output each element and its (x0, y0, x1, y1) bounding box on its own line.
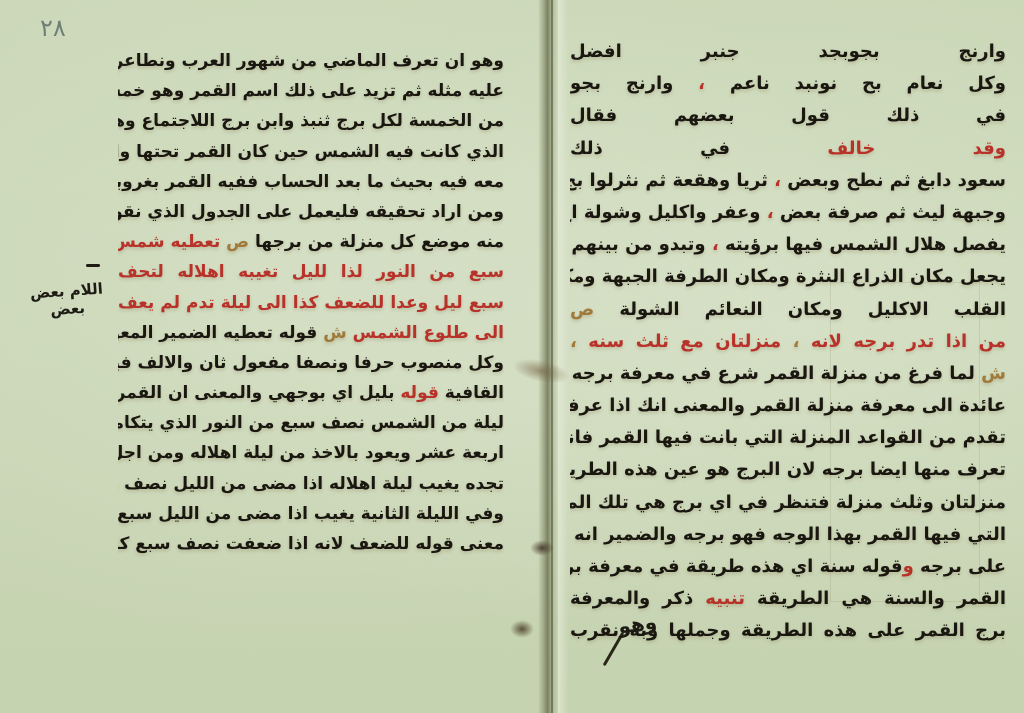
text-line: وفي الليلة الثانية يغيب اذا مضى من الليل… (118, 499, 504, 529)
body-text: تقدم من القواعد المنزلة التي بانت فيها ا… (570, 427, 1006, 448)
gold-mark: ص (570, 299, 619, 320)
body-text: وكل منصوب حرفا ونصفا مفعول ثان والالف في… (118, 353, 504, 373)
body-text: وفي الليلة الثانية يغيب اذا مضى من الليل… (118, 504, 504, 524)
body-text: وتبدو من بينهم والامر واضح (570, 234, 706, 255)
text-line: ومن اراد تحقيقه فليعمل على الجدول الذي ن… (118, 197, 504, 227)
body-text: معه فيه بحيث ما بعد الحساب ففيه القمر بغ… (118, 172, 504, 192)
body-text: قوله تعطيه الضمير المعود للقمر (118, 323, 317, 343)
margin-mark (86, 264, 100, 267)
text-line: عائدة الى معرفة منزلة القمر والمعنى انك … (570, 390, 1006, 422)
gold-mark: ، (570, 331, 588, 352)
rubric-text: و (903, 556, 914, 577)
body-text: يفصل هلال الشمس فيها برؤيته (725, 234, 1006, 255)
text-line: الى طلوع الشمس ش قوله تعطيه الضمير المعو… (118, 318, 504, 348)
text-line: تجده يغيب ليلة اهلاله اذا مضى من الليل ن… (118, 469, 504, 499)
gutter-shadow (538, 0, 558, 713)
text-line: وكل نعام بح نونبد ناعم ، وارنج بجو (570, 68, 1006, 100)
body-text: الذي كانت فيه الشمس حين كان القمر تحتها … (118, 142, 504, 162)
text-line: وهو ان تعرف الماضي من شهور العرب ونطاعره… (118, 46, 504, 76)
body-text: على برجه (914, 556, 1006, 577)
body-text: القمر والسنة هي الطريقة (745, 588, 1006, 609)
text-line: ش لما فرغ من منزلة القمر شرع في معرفة بر… (570, 358, 1006, 390)
text-line: يجعل مكان الذراع النثرة ومكان الطرفة الج… (570, 261, 1006, 293)
text-line: وارنج بجوبجد جنبر افضل (570, 36, 1006, 68)
manuscript-spread: ٢٨ اللام بعض بعض وهو ان تعرف الماضي من ش… (0, 0, 1024, 713)
text-line: التي فيها القمر بهذا الوجه فهو برجه والض… (570, 519, 1006, 551)
margin-note: اللام بعض بعض (11, 278, 123, 322)
text-line: القمر والسنة هي الطريقة تنبيه ذكر والمعر… (570, 583, 1006, 615)
body-text: عليه مثله ثم تزيد على ذلك اسم القمر وهو … (118, 81, 504, 101)
left-page: ٢٨ اللام بعض بعض وهو ان تعرف الماضي من ش… (0, 0, 540, 713)
spine-fold (551, 0, 553, 713)
rubric-text: وقد خالف (827, 138, 1006, 159)
body-text: تجده يغيب ليلة اهلاله اذا مضى من الليل ن… (118, 474, 504, 494)
text-line: وجبهة ليث ثم صرفة بعض ، وعفر واكليل وشول… (570, 197, 1006, 229)
rubric-text: سبع ليل وعدا للضعف كذا الى ليلة تدم لم ي… (118, 293, 504, 313)
body-text: ومن اراد تحقيقه فليعمل على الجدول الذي ن… (118, 202, 504, 222)
rubric-text: قوله (400, 383, 438, 403)
text-line: معنى قوله للضعف لانه اذا ضعفت نصف سبع كا… (118, 529, 504, 559)
text-line: سبع من النور لذا لليل تغيبه اهلاله لتحف (118, 257, 504, 287)
body-text: عائدة الى معرفة منزلة القمر والمعنى انك … (570, 395, 1006, 416)
body-text: ذكر والمعرفة (570, 588, 705, 609)
body-text: في ذلك (570, 138, 827, 159)
body-text: قوله سنة اي هذه طريقة في معرفة برج (570, 556, 903, 577)
body-text: وجبهة ليث ثم صرفة بعض (780, 202, 1006, 223)
text-line: على برجه وقوله سنة اي هذه طريقة في معرفة… (570, 551, 1006, 583)
text-line: عليه مثله ثم تزيد على ذلك اسم القمر وهو … (118, 76, 504, 106)
gold-mark: ش (981, 363, 1006, 384)
left-text-block: وهو ان تعرف الماضي من شهور العرب ونطاعره… (118, 46, 504, 559)
text-line: معه فيه بحيث ما بعد الحساب ففيه القمر بغ… (118, 167, 504, 197)
text-line: القافية قوله بليل اي بوجهي والمعنى ان ال… (118, 378, 504, 408)
body-text: ليلة من الشمس نصف سبع من النور الذي يتكا… (118, 413, 504, 433)
body-text: التي فيها القمر بهذا الوجه فهو برجه والض… (570, 524, 1006, 545)
body-text: وارنج بجوبجد جنبر افضل (570, 41, 1006, 62)
body-text: ثريا وهقعة ثم نثرلوا بج (570, 170, 768, 191)
rubric-text: من اذا تدر برجه لانه (811, 331, 1006, 352)
text-line: ليلة من الشمس نصف سبع من النور الذي يتكا… (118, 408, 504, 438)
ink-stain (530, 540, 554, 556)
body-text: القافية (439, 383, 504, 403)
ink-stain (510, 620, 534, 638)
text-line: الذي كانت فيه الشمس حين كان القمر تحتها … (118, 137, 504, 167)
body-text: وعفر واكليل وشولة اح (570, 202, 760, 223)
right-text-block: وارنج بجوبجد جنبر افضلوكل نعام بح نونبد … (570, 36, 1006, 648)
text-line: وقد خالف في ذلك (570, 133, 1006, 165)
text-line: من اذا تدر برجه لانه ، منزلتان مع ثلث سن… (570, 326, 1006, 358)
text-line: تقدم من القواعد المنزلة التي بانت فيها ا… (570, 422, 1006, 454)
body-text: من الخمسة لكل برج ثنبذ وابن برج اللاجتما… (118, 111, 504, 131)
gold-mark: ، (781, 331, 811, 352)
rubric-text: تنبيه (705, 588, 745, 609)
body-text: منه موضع كل منزلة من برجها (255, 232, 504, 252)
body-text: وكل نعام بح نونبد ناعم (730, 73, 1006, 94)
text-line: منه موضع كل منزلة من برجها ص تعطيه شمس ك… (118, 227, 504, 257)
text-line: سبع ليل وعدا للضعف كذا الى ليلة تدم لم ي… (118, 288, 504, 318)
text-line: القلب الاكليل ومكان النعائم الشولة ص (570, 294, 1006, 326)
body-text: وارنج بجو (570, 73, 673, 94)
rubric-text: منزلتان مع ثلث سنه (588, 331, 781, 352)
rubric-text: ، (706, 234, 725, 255)
text-line: وكل منصوب حرفا ونصفا مفعول ثان والالف في… (118, 348, 504, 378)
folio-number: ٢٨ (40, 14, 66, 42)
gold-mark: ص (220, 232, 255, 252)
text-line: تعرف منها ايضا برجه لان البرج هو عين هذه… (570, 454, 1006, 486)
text-line: منزلتان وثلث منزلة فتنظر في اي برج هي تل… (570, 487, 1006, 519)
body-text: سعود دابغ ثم نطح وبعض (787, 170, 1006, 191)
rubric-text: تعطيه شمس كل ليل نصفا (118, 232, 220, 252)
body-text: القلب الاكليل ومكان النعائم الشولة (619, 299, 1006, 320)
body-text: في ذلك قول بعضهم فقال (570, 105, 1006, 126)
rubric-text: ، (760, 202, 779, 223)
body-text: تعرف منها ايضا برجه لان البرج هو عين هذه… (570, 459, 1006, 480)
rubric-text: الى طلوع الشمس (353, 323, 504, 343)
body-text: منزلتان وثلث منزلة فتنظر في اي برج هي تل… (570, 492, 1006, 513)
body-text: يجعل مكان الذراع النثرة ومكان الطرفة الج… (570, 266, 1006, 287)
body-text: معنى قوله للضعف لانه اذا ضعفت نصف سبع كا… (118, 534, 504, 554)
gold-mark: ش (317, 323, 352, 343)
text-line: من الخمسة لكل برج ثنبذ وابن برج اللاجتما… (118, 106, 504, 136)
rubric-text: سبع من النور لذا لليل تغيبه اهلاله لتحف (118, 262, 504, 282)
text-line: اربعة عشر ويعود بالاخذ من ليلة اهلاله وم… (118, 438, 504, 468)
body-text: لما فرغ من منزلة القمر شرع في معرفة برجه… (570, 363, 981, 384)
body-text: بليل اي بوجهي والمعنى ان القمر يا خذ كل (118, 383, 400, 403)
rubric-text: ، (673, 73, 730, 94)
body-text: اربعة عشر ويعود بالاخذ من ليلة اهلاله وم… (118, 443, 504, 463)
body-text: وهو ان تعرف الماضي من شهور العرب ونطاعره… (118, 51, 504, 71)
rubric-text: ، (768, 170, 787, 191)
text-line: يفصل هلال الشمس فيها برؤيته ، وتبدو من ب… (570, 229, 1006, 261)
text-line: في ذلك قول بعضهم فقال (570, 100, 1006, 132)
text-line: سعود دابغ ثم نطح وبعض ، ثريا وهقعة ثم نث… (570, 165, 1006, 197)
